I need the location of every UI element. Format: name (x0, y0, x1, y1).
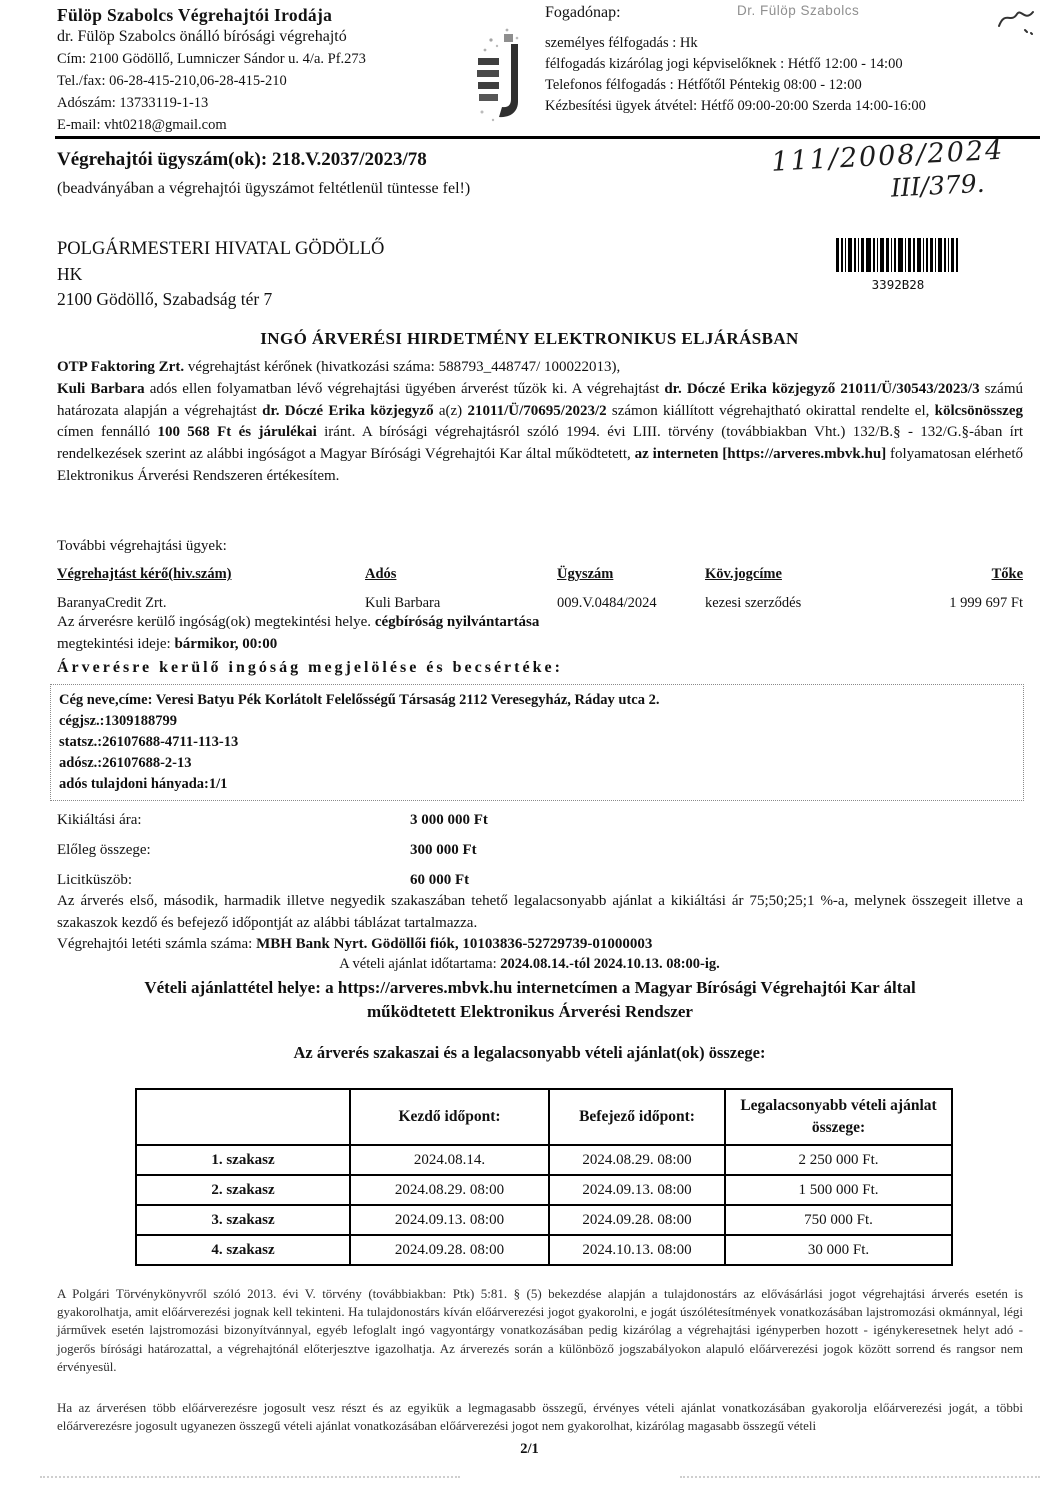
legal-paragraph-preemption: A Polgári Törvénykönyvről szóló 2013. év… (57, 1285, 1023, 1376)
office-address: Cím: 2100 Gödöllő, Lumniczer Sándor u. 4… (57, 48, 366, 70)
letterhead-left-block: Fülöp Szabolcs Végrehajtói Irodája dr. F… (57, 4, 366, 136)
case-number: Végrehajtói ügyszám(ok): 218.V.2037/2023… (57, 149, 470, 171)
asset-tax-number: adósz.:26107688-2-13 (59, 753, 1015, 774)
cell-end: 2024.09.13. 08:00 (549, 1175, 725, 1205)
recipient-name: POLGÁRMESTERI HIVATAL GÖDÖLLŐ (57, 237, 384, 262)
recipient-address: 2100 Gödöllő, Szabadság tér 7 (57, 287, 384, 312)
office-email: E-mail: vht0218@gmail.com (57, 114, 366, 136)
office-tax-number: Adószám: 13733119-1-13 (57, 92, 366, 114)
auction-rules-block: Az árverés első, második, harmadik illet… (57, 891, 1023, 956)
reception-line-personal: személyes félfogadás : Hk (545, 33, 1023, 54)
reception-line-phone: Telefonos félfogadás : Hétfőtől Péntekig… (545, 75, 1023, 96)
cell-min-offer: 2 250 000 Ft. (725, 1145, 952, 1175)
table-row-stage-2: 2. szakasz 2024.08.29. 08:00 2024.09.13.… (136, 1175, 952, 1205)
price-list: Kikiáltási ára: 3 000 000 Ft Előleg össz… (57, 812, 757, 902)
col-header-debtor: Adós (365, 566, 557, 583)
case-number-block: Végrehajtói ügyszám(ok): 218.V.2037/2023… (57, 149, 470, 198)
cell-start: 2024.08.29. 08:00 (350, 1175, 549, 1205)
viewing-info: Az árverésre kerülő ingóság(ok) megtekin… (57, 611, 1023, 655)
asset-statistical-number: statsz.:26107688-4711-113-13 (59, 732, 1015, 753)
table-row-stage-4: 4. szakasz 2024.09.28. 08:00 2024.10.13.… (136, 1235, 952, 1265)
col-header-creditor: Végrehajtást kérő(hiv.szám) (57, 566, 365, 583)
faded-executor-name: Dr. Fülöp Szabolcs (737, 3, 859, 18)
auction-stages-table: Kezdő időpont: Befejező időpont: Legalac… (135, 1088, 953, 1266)
barcode-icon (836, 238, 960, 272)
table-header-row: Kezdő időpont: Befejező időpont: Legalac… (136, 1089, 952, 1145)
table-row-stage-1: 1. szakasz 2024.08.14. 2024.08.29. 08:00… (136, 1145, 952, 1175)
header-min-offer: Legalacsonyabb vételi ajánlat összege: (725, 1089, 952, 1145)
cell-start: 2024.08.14. (350, 1145, 549, 1175)
cell-stage: 1. szakasz (136, 1145, 350, 1175)
cell-min-offer: 750 000 Ft. (725, 1205, 952, 1235)
auction-rules-paragraph: Az árverés első, második, harmadik illet… (57, 891, 1023, 934)
header-start-time: Kezdő időpont: (350, 1089, 549, 1145)
col-header-case-number: Ügyszám (557, 566, 705, 583)
price-label: Licitküszöb: (57, 872, 132, 888)
offer-place-statement: Vételi ajánlattétel helye: a https://arv… (130, 976, 930, 1023)
table-row-stage-3: 3. szakasz 2024.09.13. 08:00 2024.09.28.… (136, 1205, 952, 1235)
further-cases-heading: További végrehajtási ügyek: (57, 538, 1023, 555)
barcode-block: 3392B28 (836, 238, 960, 292)
letterhead-divider-rule (55, 136, 1040, 139)
handwritten-number-2: III/379. (890, 166, 1033, 202)
price-label: Kikiáltási ára: (57, 812, 142, 828)
price-row-deposit: Előleg összege: 300 000 Ft (57, 842, 757, 872)
cell-case-number: 009.V.0484/2024 (557, 595, 705, 612)
cell-creditor: BaranyaCredit Zrt. (57, 595, 365, 612)
cell-end: 2024.10.13. 08:00 (549, 1235, 725, 1265)
scanned-document-page: Fülöp Szabolcs Végrehajtói Irodája dr. F… (0, 0, 1059, 1498)
further-cases-row: BaranyaCredit Zrt. Kuli Barbara 009.V.04… (57, 595, 1023, 612)
price-row-starting: Kikiáltási ára: 3 000 000 Ft (57, 812, 757, 842)
asset-company-reg-number: cégjsz.:1309188799 (59, 711, 1015, 732)
cell-stage: 3. szakasz (136, 1205, 350, 1235)
intro-paragraph: OTP Faktoring Zrt. végrehajtást kérőnek … (57, 357, 1023, 488)
asset-ownership-share: adós tulajdoni hányada:1/1 (59, 774, 1015, 795)
page-number: 2/1 (0, 1441, 1059, 1458)
further-cases-header-row: Végrehajtást kérő(hiv.szám) Adós Ügyszám… (57, 566, 1023, 583)
stages-table-heading: Az árverés szakaszai és a legalacsonyabb… (0, 1043, 1059, 1063)
col-header-claim-title: Köv.jogcíme (705, 566, 915, 583)
asset-section-heading: Árverésre kerülő ingóság megjelölése és … (57, 659, 563, 677)
intro-body: Kuli Barbara adós ellen folyamatban lévő… (57, 379, 1023, 488)
price-value: 300 000 Ft (410, 842, 477, 859)
office-name: Fülöp Szabolcs Végrehajtói Irodája (57, 4, 366, 26)
cell-start: 2024.09.28. 08:00 (350, 1235, 549, 1265)
cell-debtor: Kuli Barbara (365, 595, 557, 612)
cell-start: 2024.09.13. 08:00 (350, 1205, 549, 1235)
reception-line-delivery: Kézbesítési ügyek átvétel: Hétfő 09:00-2… (545, 96, 1023, 117)
cell-min-offer: 30 000 Ft. (725, 1235, 952, 1265)
col-header-principal: Tőke (915, 566, 1023, 583)
handwritten-filing-numbers: 111/2008/2024 III/379. (771, 133, 1034, 209)
reception-hours-block: Fogadónap: személyes félfogadás : Hk fél… (545, 2, 1023, 117)
executor-name: dr. Fülöp Szabolcs önálló bírósági végre… (57, 26, 366, 48)
scan-artifact-line (680, 1476, 1040, 1478)
recipient-address-block: POLGÁRMESTERI HIVATAL GÖDÖLLŐ HK 2100 Gö… (57, 237, 384, 312)
viewing-location: Az árverésre kerülő ingóság(ok) megtekin… (57, 611, 1023, 633)
cell-min-offer: 1 500 000 Ft. (725, 1175, 952, 1205)
coat-of-arms-stamp-icon (477, 28, 525, 129)
cell-principal: 1 999 697 Ft (915, 595, 1023, 612)
price-value: 3 000 000 Ft (410, 812, 488, 829)
barcode-text: 3392B28 (836, 277, 960, 292)
asset-details-box: Cég neve,címe: Veresi Batyu Pék Korlátol… (50, 684, 1024, 801)
header-stage (136, 1089, 350, 1145)
cell-end: 2024.08.29. 08:00 (549, 1145, 725, 1175)
viewing-time: megtekintési ideje: bármikor, 00:00 (57, 633, 1023, 655)
asset-company-line: Cég neve,címe: Veresi Batyu Pék Korlátol… (59, 690, 1015, 711)
legal-paragraph-multiple-holders: Ha az árverésen több előárverezésre jogo… (57, 1399, 1023, 1435)
scan-artifact-line (40, 1476, 460, 1478)
cell-claim-title: kezesi szerződés (705, 595, 915, 612)
offer-period-line: A vételi ajánlat időtartama: 2024.08.14.… (0, 956, 1059, 973)
header-end-time: Befejező időpont: (549, 1089, 725, 1145)
cell-stage: 4. szakasz (136, 1235, 350, 1265)
price-label: Előleg összege: (57, 842, 151, 858)
deposit-account-line: Végrehajtói letéti számla száma: MBH Ban… (57, 934, 1023, 956)
cell-stage: 2. szakasz (136, 1175, 350, 1205)
price-value: 60 000 Ft (410, 872, 469, 889)
intro-line1: OTP Faktoring Zrt. végrehajtást kérőnek … (57, 357, 1023, 379)
office-phone: Tel./fax: 06-28-415-210,06-28-415-210 (57, 70, 366, 92)
further-cases-section: További végrehajtási ügyek: Végrehajtást… (57, 538, 1023, 612)
document-title: INGÓ ÁRVERÉSI HIRDETMÉNY ELEKTRONIKUS EL… (0, 329, 1059, 349)
cell-end: 2024.09.28. 08:00 (549, 1205, 725, 1235)
recipient-line2: HK (57, 262, 384, 287)
reception-line-lawyers: félfogadás kizárólag jogi képviselőknek … (545, 54, 1023, 75)
case-number-note: (beadványában a végrehajtói ügyszámot fe… (57, 180, 470, 198)
handwritten-initials-icon (995, 6, 1039, 41)
